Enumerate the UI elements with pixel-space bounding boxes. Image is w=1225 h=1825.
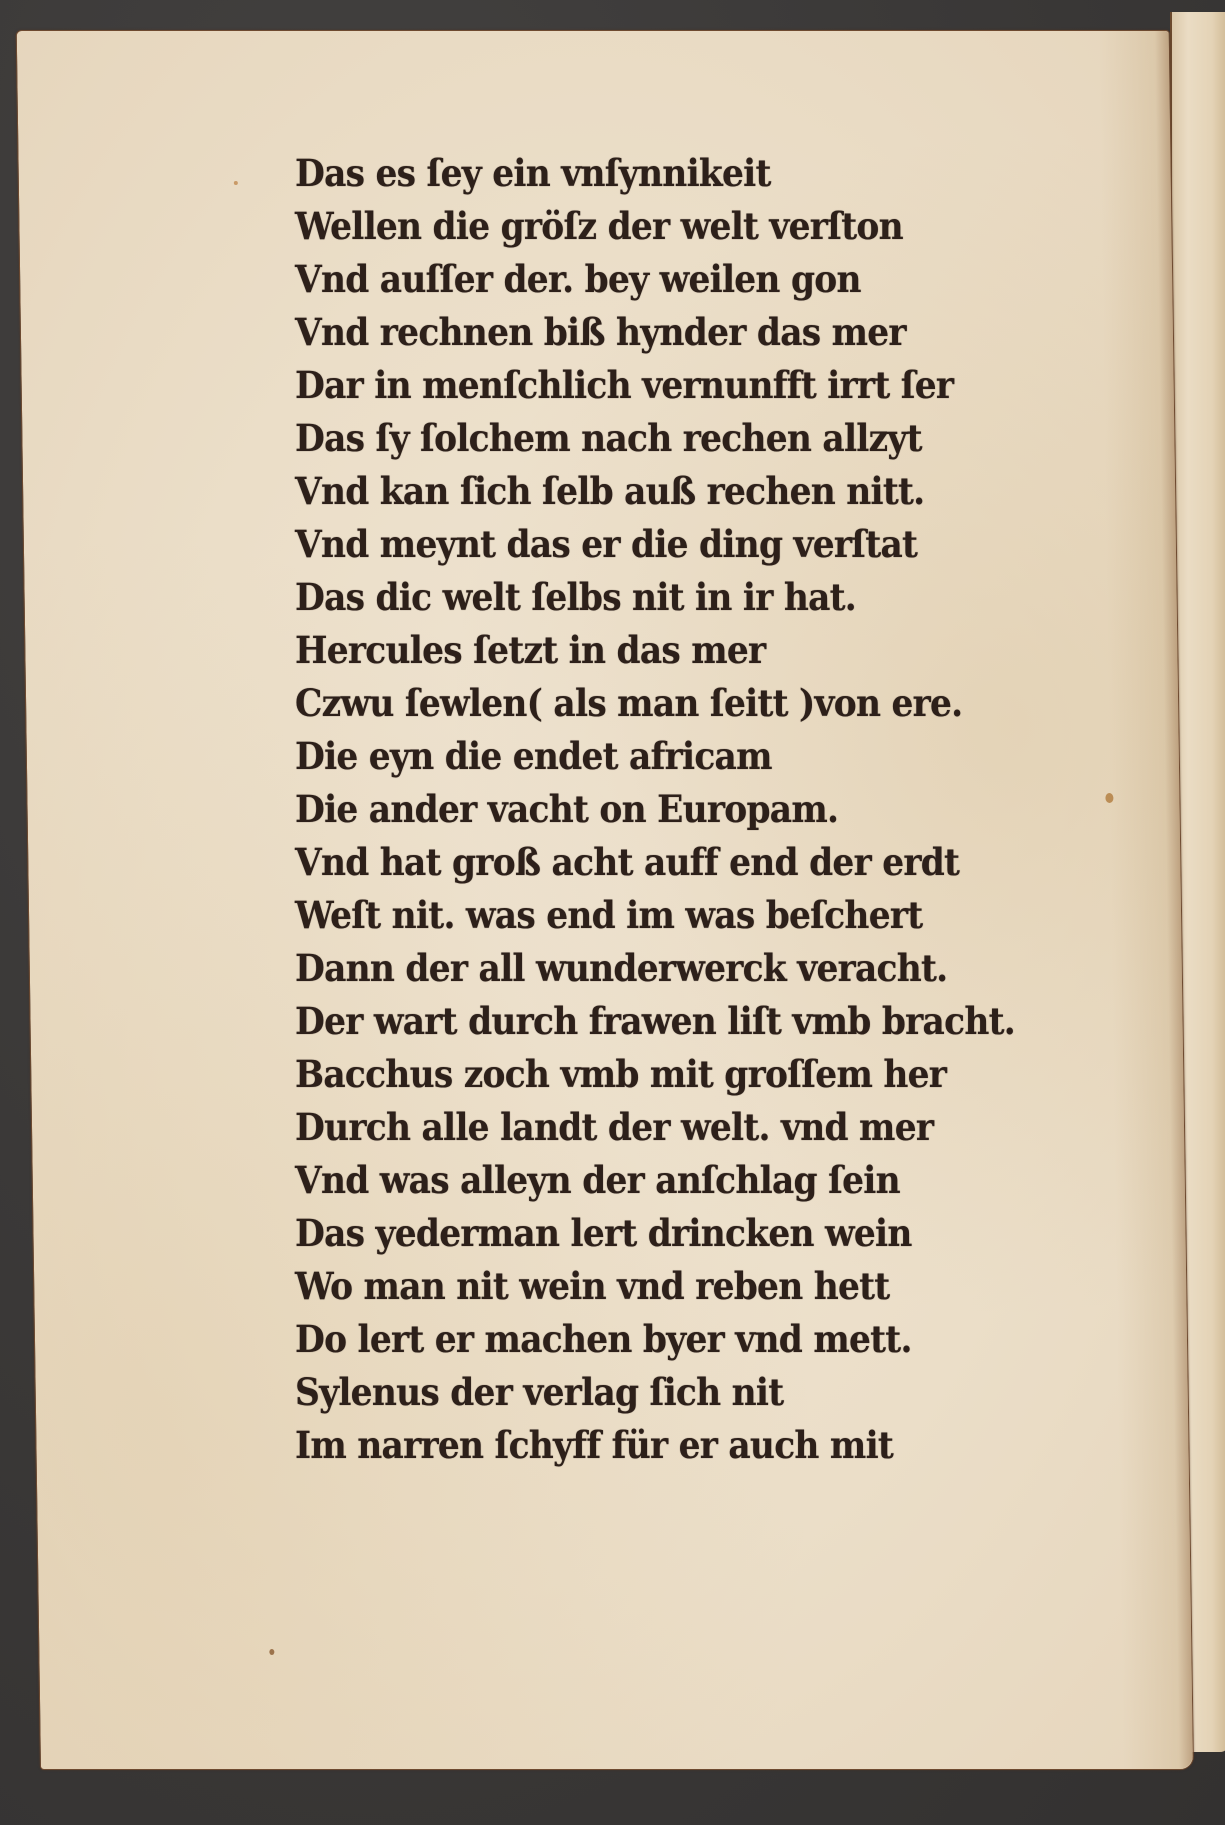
verse-line: Czwu ſewlen( als man ſeitt )von ere. <box>295 685 962 722</box>
verse-line: Do lert er machen byer vnd mett. <box>295 1321 912 1358</box>
verse-line: Vnd auſſer der. bey weilen gon <box>295 261 861 298</box>
verse-line: Vnd hat groß acht auff end der erdt <box>295 844 959 881</box>
verse-line: Wo man nit wein vnd reben hett <box>295 1268 889 1305</box>
verse-line: Hercules ſetzt in das mer <box>295 632 765 669</box>
foxing-spot <box>234 181 238 185</box>
verse-line: Der wart durch frawen liſt vmb bracht. <box>295 1003 1015 1040</box>
verse-line: Durch alle landt der welt. vnd mer <box>295 1109 933 1146</box>
verse-line: Sylenus der verlag ſich nit <box>295 1374 783 1411</box>
verse-line: Dar in menſchlich vernunfft irrt ſer <box>295 367 953 404</box>
verse-line: Die ander vacht on Europam. <box>295 791 838 828</box>
foxing-spot <box>269 1649 274 1655</box>
verse-line: Wellen die gröſz der welt verſton <box>295 208 903 245</box>
verse-line: Das es ſey ein vnſynnikeit <box>295 155 771 192</box>
verse-line: Vnd kan ſich ſelb auß rechen nitt. <box>295 473 924 510</box>
verse-line: Bacchus zoch vmb mit groſſem her <box>295 1056 946 1093</box>
verse-line: Die eyn die endet africam <box>295 738 772 775</box>
verse-line: Weſt nit. was end im was beſchert <box>295 897 922 934</box>
verse-line: Das yederman lert drincken wein <box>295 1215 912 1252</box>
verse-line: Im narren ſchyff für er auch mit <box>295 1427 893 1464</box>
verse-line: Vnd rechnen biß hynder das mer <box>295 314 906 351</box>
verse-line: Vnd meynt das er die ding verſtat <box>295 526 917 563</box>
verse-line: Das ſy ſolchem nach rechen allzyt <box>295 420 922 457</box>
foxing-spot <box>1105 793 1113 803</box>
verse-line: Dann der all wunderwerck veracht. <box>295 950 947 987</box>
verse-line: Vnd was alleyn der anſchlag ſein <box>295 1162 900 1199</box>
verse-line: Das dic welt ſelbs nit in ir hat. <box>295 579 856 616</box>
